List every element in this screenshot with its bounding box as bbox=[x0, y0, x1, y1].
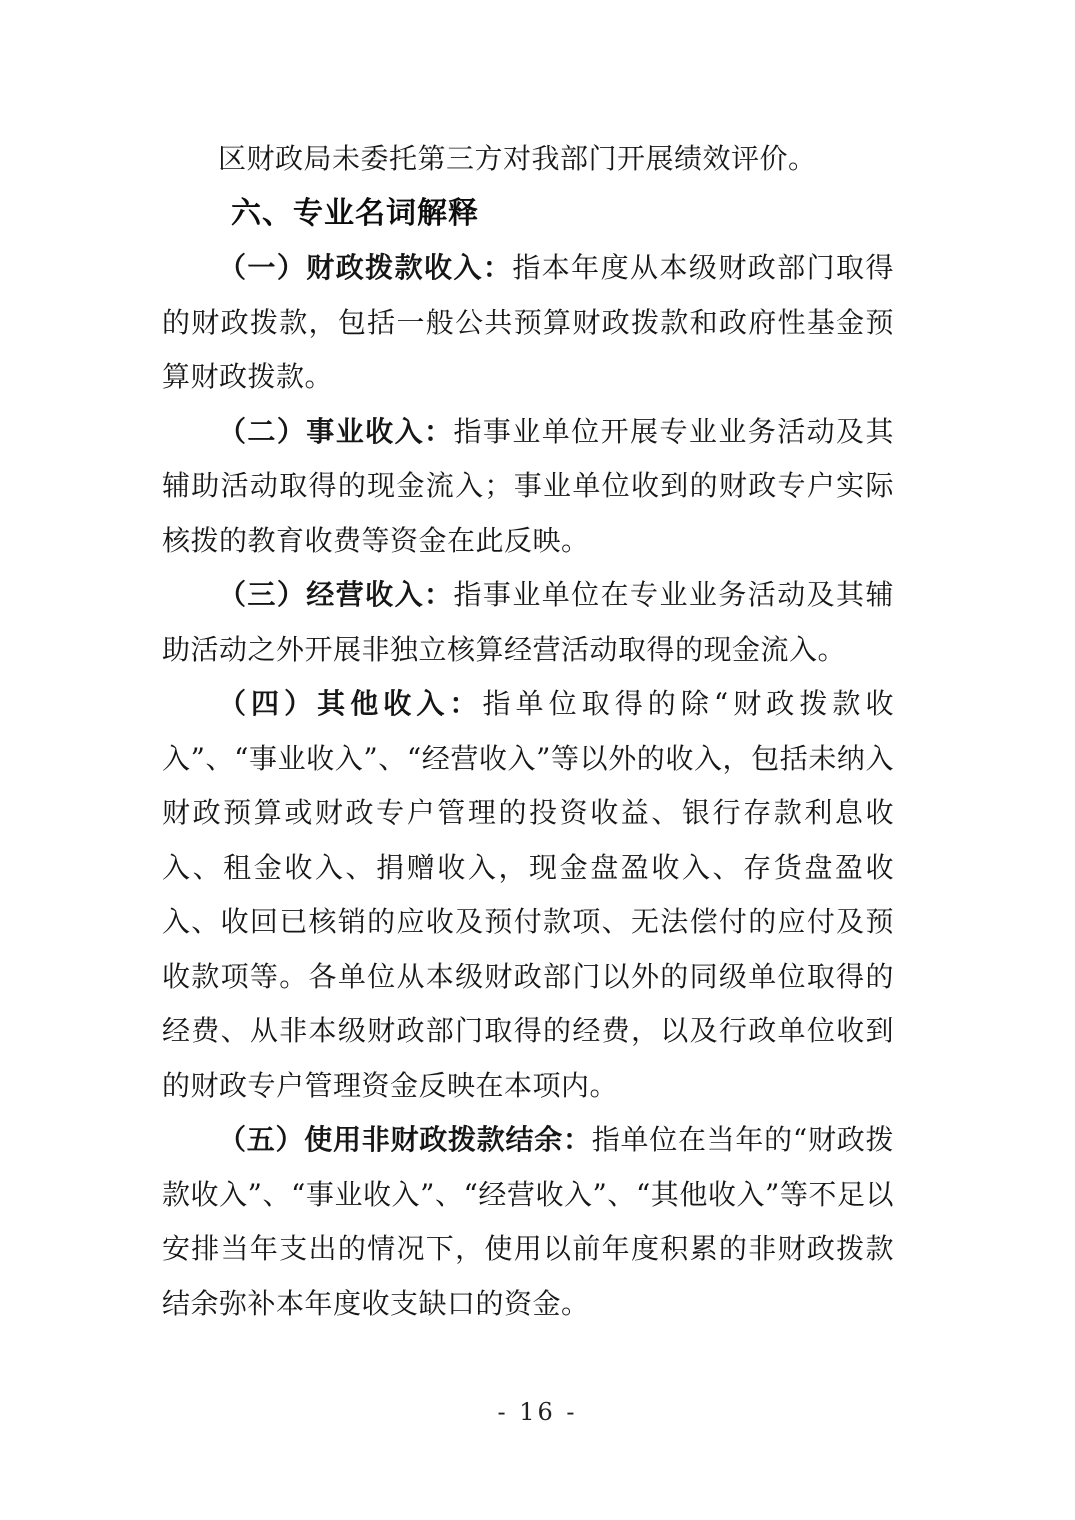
page-content: 区财政局未委托第三方对我部门开展绩效评价。 六、专业名词解释 （一）财政拨款收入… bbox=[162, 132, 894, 1331]
section-heading: 六、专业名词解释 bbox=[162, 187, 894, 242]
definition-paragraph: （一）财政拨款收入：指本年度从本级财政部门取得的财政拨款，包括一般公共预算财政拨… bbox=[162, 241, 894, 405]
definition-paragraph: （三）经营收入：指事业单位在专业业务活动及其辅助活动之外开展非独立核算经营活动取… bbox=[162, 568, 894, 677]
definition-term: （一）财政拨款收入： bbox=[218, 251, 512, 284]
definition-paragraph: （四）其他收入：指单位取得的除“财政拨款收入”、“事业收入”、“经营收入”等以外… bbox=[162, 677, 894, 1113]
definition-term: （四）其他收入： bbox=[218, 687, 482, 720]
definition-term: （二）事业收入： bbox=[218, 415, 453, 448]
page-number: - 16 - bbox=[0, 1398, 1075, 1426]
definition-paragraph: （二）事业收入：指事业单位开展专业业务活动及其辅助活动取得的现金流入；事业单位收… bbox=[162, 405, 894, 569]
definition-term: （五）使用非财政拨款结余： bbox=[218, 1123, 592, 1156]
intro-paragraph: 区财政局未委托第三方对我部门开展绩效评价。 bbox=[162, 132, 894, 187]
definitions-list: （一）财政拨款收入：指本年度从本级财政部门取得的财政拨款，包括一般公共预算财政拨… bbox=[162, 241, 894, 1331]
definition-term: （三）经营收入： bbox=[218, 578, 453, 611]
definition-text: 指单位取得的除“财政拨款收入”、“事业收入”、“经营收入”等以外的收入，包括未纳… bbox=[162, 687, 894, 1102]
document-page: 区财政局未委托第三方对我部门开展绩效评价。 六、专业名词解释 （一）财政拨款收入… bbox=[0, 0, 1075, 1520]
definition-paragraph: （五）使用非财政拨款结余：指单位在当年的“财政拨款收入”、“事业收入”、“经营收… bbox=[162, 1113, 894, 1331]
